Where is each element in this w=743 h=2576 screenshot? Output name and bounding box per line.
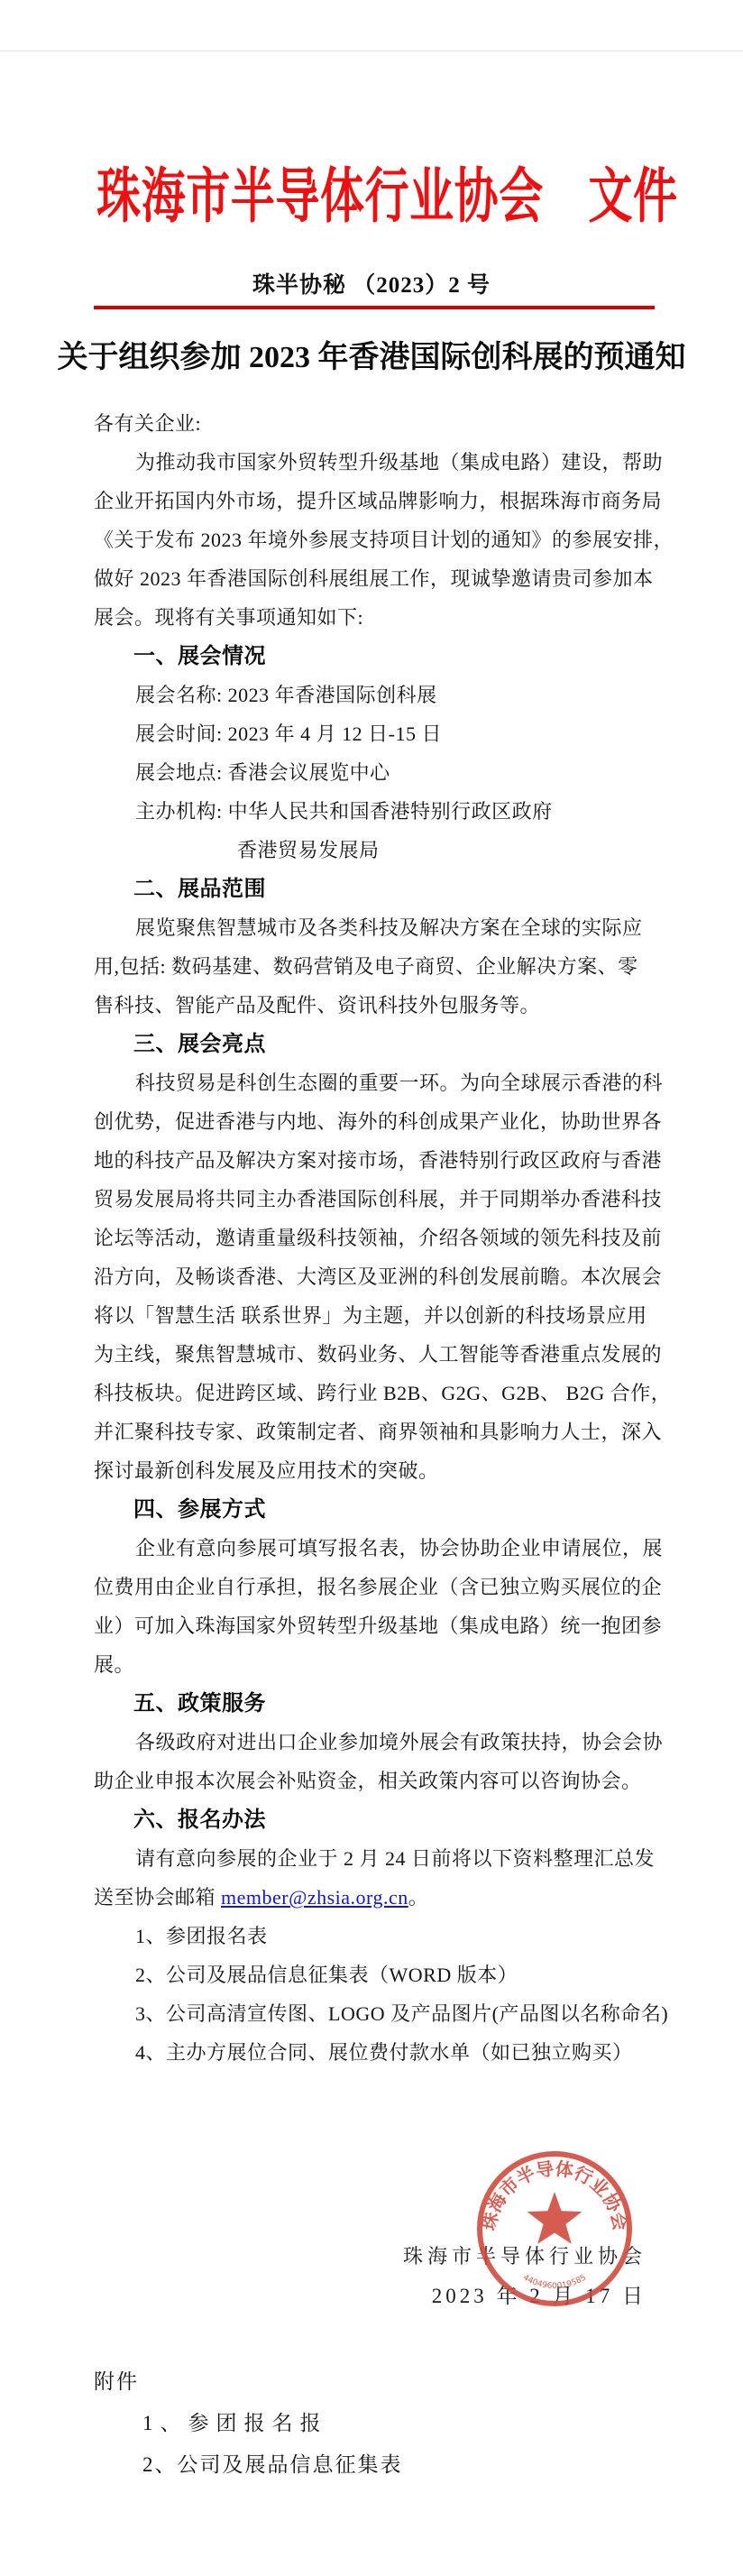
list-item: 1、参团报名表 — [94, 1917, 655, 1955]
letterhead-title: 珠海市半导体行业协会 文件 — [96, 148, 647, 234]
body-line: 展会时间: 2023 年 4 月 12 日-15 日 — [94, 714, 655, 753]
body-line: 企业开拓国内外市场，提升区域品牌影响力，根据珠海市商务局 — [94, 482, 655, 520]
list-item: 2、公司及展品信息征集表（WORD 版本） — [94, 1955, 655, 1994]
body-line: 论坛等活动，邀请重量级科技领袖，介绍各领域的领先科技及前 — [94, 1219, 655, 1257]
seal-org-text: 珠海市半导体行业协会 — [478, 2157, 632, 2232]
attachment-item: 2、公司及展品信息征集表 — [94, 2444, 403, 2486]
section-heading: 六、报名办法 — [94, 1800, 655, 1839]
email-line-prefix: 送至协会邮箱 — [94, 1886, 221, 1909]
body-line: 展。 — [94, 1645, 655, 1684]
body-line: 贸易发展局将共同主办香港国际创科展，并于同期举办香港科技 — [94, 1180, 655, 1219]
attachment-item: 1、参团报名报 — [94, 2403, 403, 2444]
body-line: 业）可加入珠海国家外贸转型升级基地（集成电路）统一抱团参 — [94, 1606, 655, 1645]
body-line: 并汇聚科技专家、政策制定者、商界领袖和具影响力人士，深入 — [94, 1412, 655, 1451]
signature-org: 珠海市半导体行业协会 — [403, 2237, 647, 2277]
body-line: 企业有意向参展可填写报名表，协会协助企业申请展位，展 — [94, 1529, 655, 1568]
salutation: 各有关企业: — [94, 404, 655, 443]
body-line: 请有意向参展的企业于 2 月 24 日前将以下资料整理汇总发 — [94, 1839, 655, 1878]
body-line: 各级政府对进出口企业参加境外展会有政策扶持，协会会协 — [94, 1723, 655, 1762]
body-line: 创优势，促进香港与内地、海外的科创成果产业化，协助世界各 — [94, 1102, 655, 1141]
body-line: 地的科技产品及解决方案对接市场，香港特别行政区政府与香港 — [94, 1141, 655, 1180]
list-item: 4、主办方展位合同、展位费付款水单（如已独立购买） — [94, 2033, 655, 2072]
body-line: 科技板块。促进跨区域、跨行业 B2B、G2G、G2B、 B2G 合作， — [94, 1374, 655, 1412]
section-heading: 四、参展方式 — [94, 1490, 655, 1529]
email-line: 送至协会邮箱 member@zhsia.org.cn。 — [94, 1878, 655, 1917]
document-page: 珠海市半导体行业协会 文件 珠半协秘 （2023）2 号 关于组织参加 2023… — [0, 0, 743, 2576]
section-heading: 一、展会情况 — [94, 637, 655, 676]
signature-block: 珠海市半导体行业协会 2023 年 2 月 17 日 — [403, 2237, 647, 2316]
body-line: 将以「智慧生活 联系世界」为主题，并以创新的科技场景应用 — [94, 1296, 655, 1335]
body-line: 沿方向，及畅谈香港、大湾区及亚洲的科创发展前瞻。本次展会 — [94, 1257, 655, 1296]
body-line: 售科技、智能产品及配件、资讯科技外包服务等。 — [94, 986, 655, 1025]
body-line: 为推动我市国家外贸转型升级基地（集成电路）建设，帮助 — [94, 443, 655, 482]
body-line: 展会名称: 2023 年香港国际创科展 — [94, 676, 655, 714]
body-line: 主办机构: 中华人民共和国香港特别行政区政府 — [94, 792, 655, 831]
section-heading: 三、展会亮点 — [94, 1025, 655, 1063]
body-line: 科技贸易是科创生态圈的重要一环。为向全球展示香港的科 — [94, 1063, 655, 1102]
section-heading: 二、展品范围 — [94, 869, 655, 908]
red-divider-line — [94, 306, 655, 309]
doc-number: 珠半协秘 （2023）2 号 — [0, 267, 743, 299]
body-line: 香港贸易发展局 — [94, 831, 655, 869]
email-line-suffix: 。 — [408, 1886, 429, 1909]
body-line: 探讨最新创科发展及应用技术的突破。 — [94, 1451, 655, 1490]
email-link[interactable]: member@zhsia.org.cn — [221, 1886, 408, 1909]
signature-date: 2023 年 2 月 17 日 — [403, 2277, 647, 2316]
body-line: 用,包括: 数码基建、数码营销及电子商贸、企业解决方案、零 — [94, 947, 655, 986]
page-top-divider — [0, 51, 743, 51]
document-title: 关于组织参加 2023 年香港国际创科展的预通知 — [0, 332, 743, 376]
body-line: 为主线，聚焦智慧城市、数码业务、人工智能等香港重点发展的 — [94, 1335, 655, 1374]
list-item: 3、公司高清宣传图、LOGO 及产品图片(产品图以名称命名) — [94, 1994, 655, 2033]
attachments-block: 附件 1、参团报名报 2、公司及展品信息征集表 — [94, 2361, 403, 2486]
body-line: 做好 2023 年香港国际创科展组展工作，现诚挚邀请贵司参加本 — [94, 559, 655, 598]
body-line: 《关于发布 2023 年境外参展支持项目计划的通知》的参展安排， — [94, 520, 655, 559]
body-line: 展览聚焦智慧城市及各类科技及解决方案在全球的实际应 — [94, 908, 655, 947]
body-line: 助企业申报本次展会补贴资金，相关政策内容可以咨询协会。 — [94, 1762, 655, 1800]
section-heading: 五、政策服务 — [94, 1684, 655, 1723]
document-body: 各有关企业: 为推动我市国家外贸转型升级基地（集成电路）建设，帮助 企业开拓国内… — [94, 404, 655, 2072]
attachments-label: 附件 — [94, 2361, 403, 2403]
body-line: 位费用由企业自行承担，报名参展企业（含已独立购买展位的企 — [94, 1568, 655, 1606]
body-line: 展会地点: 香港会议展览中心 — [94, 753, 655, 792]
body-line: 展会。现将有关事项通知如下: — [94, 598, 655, 637]
